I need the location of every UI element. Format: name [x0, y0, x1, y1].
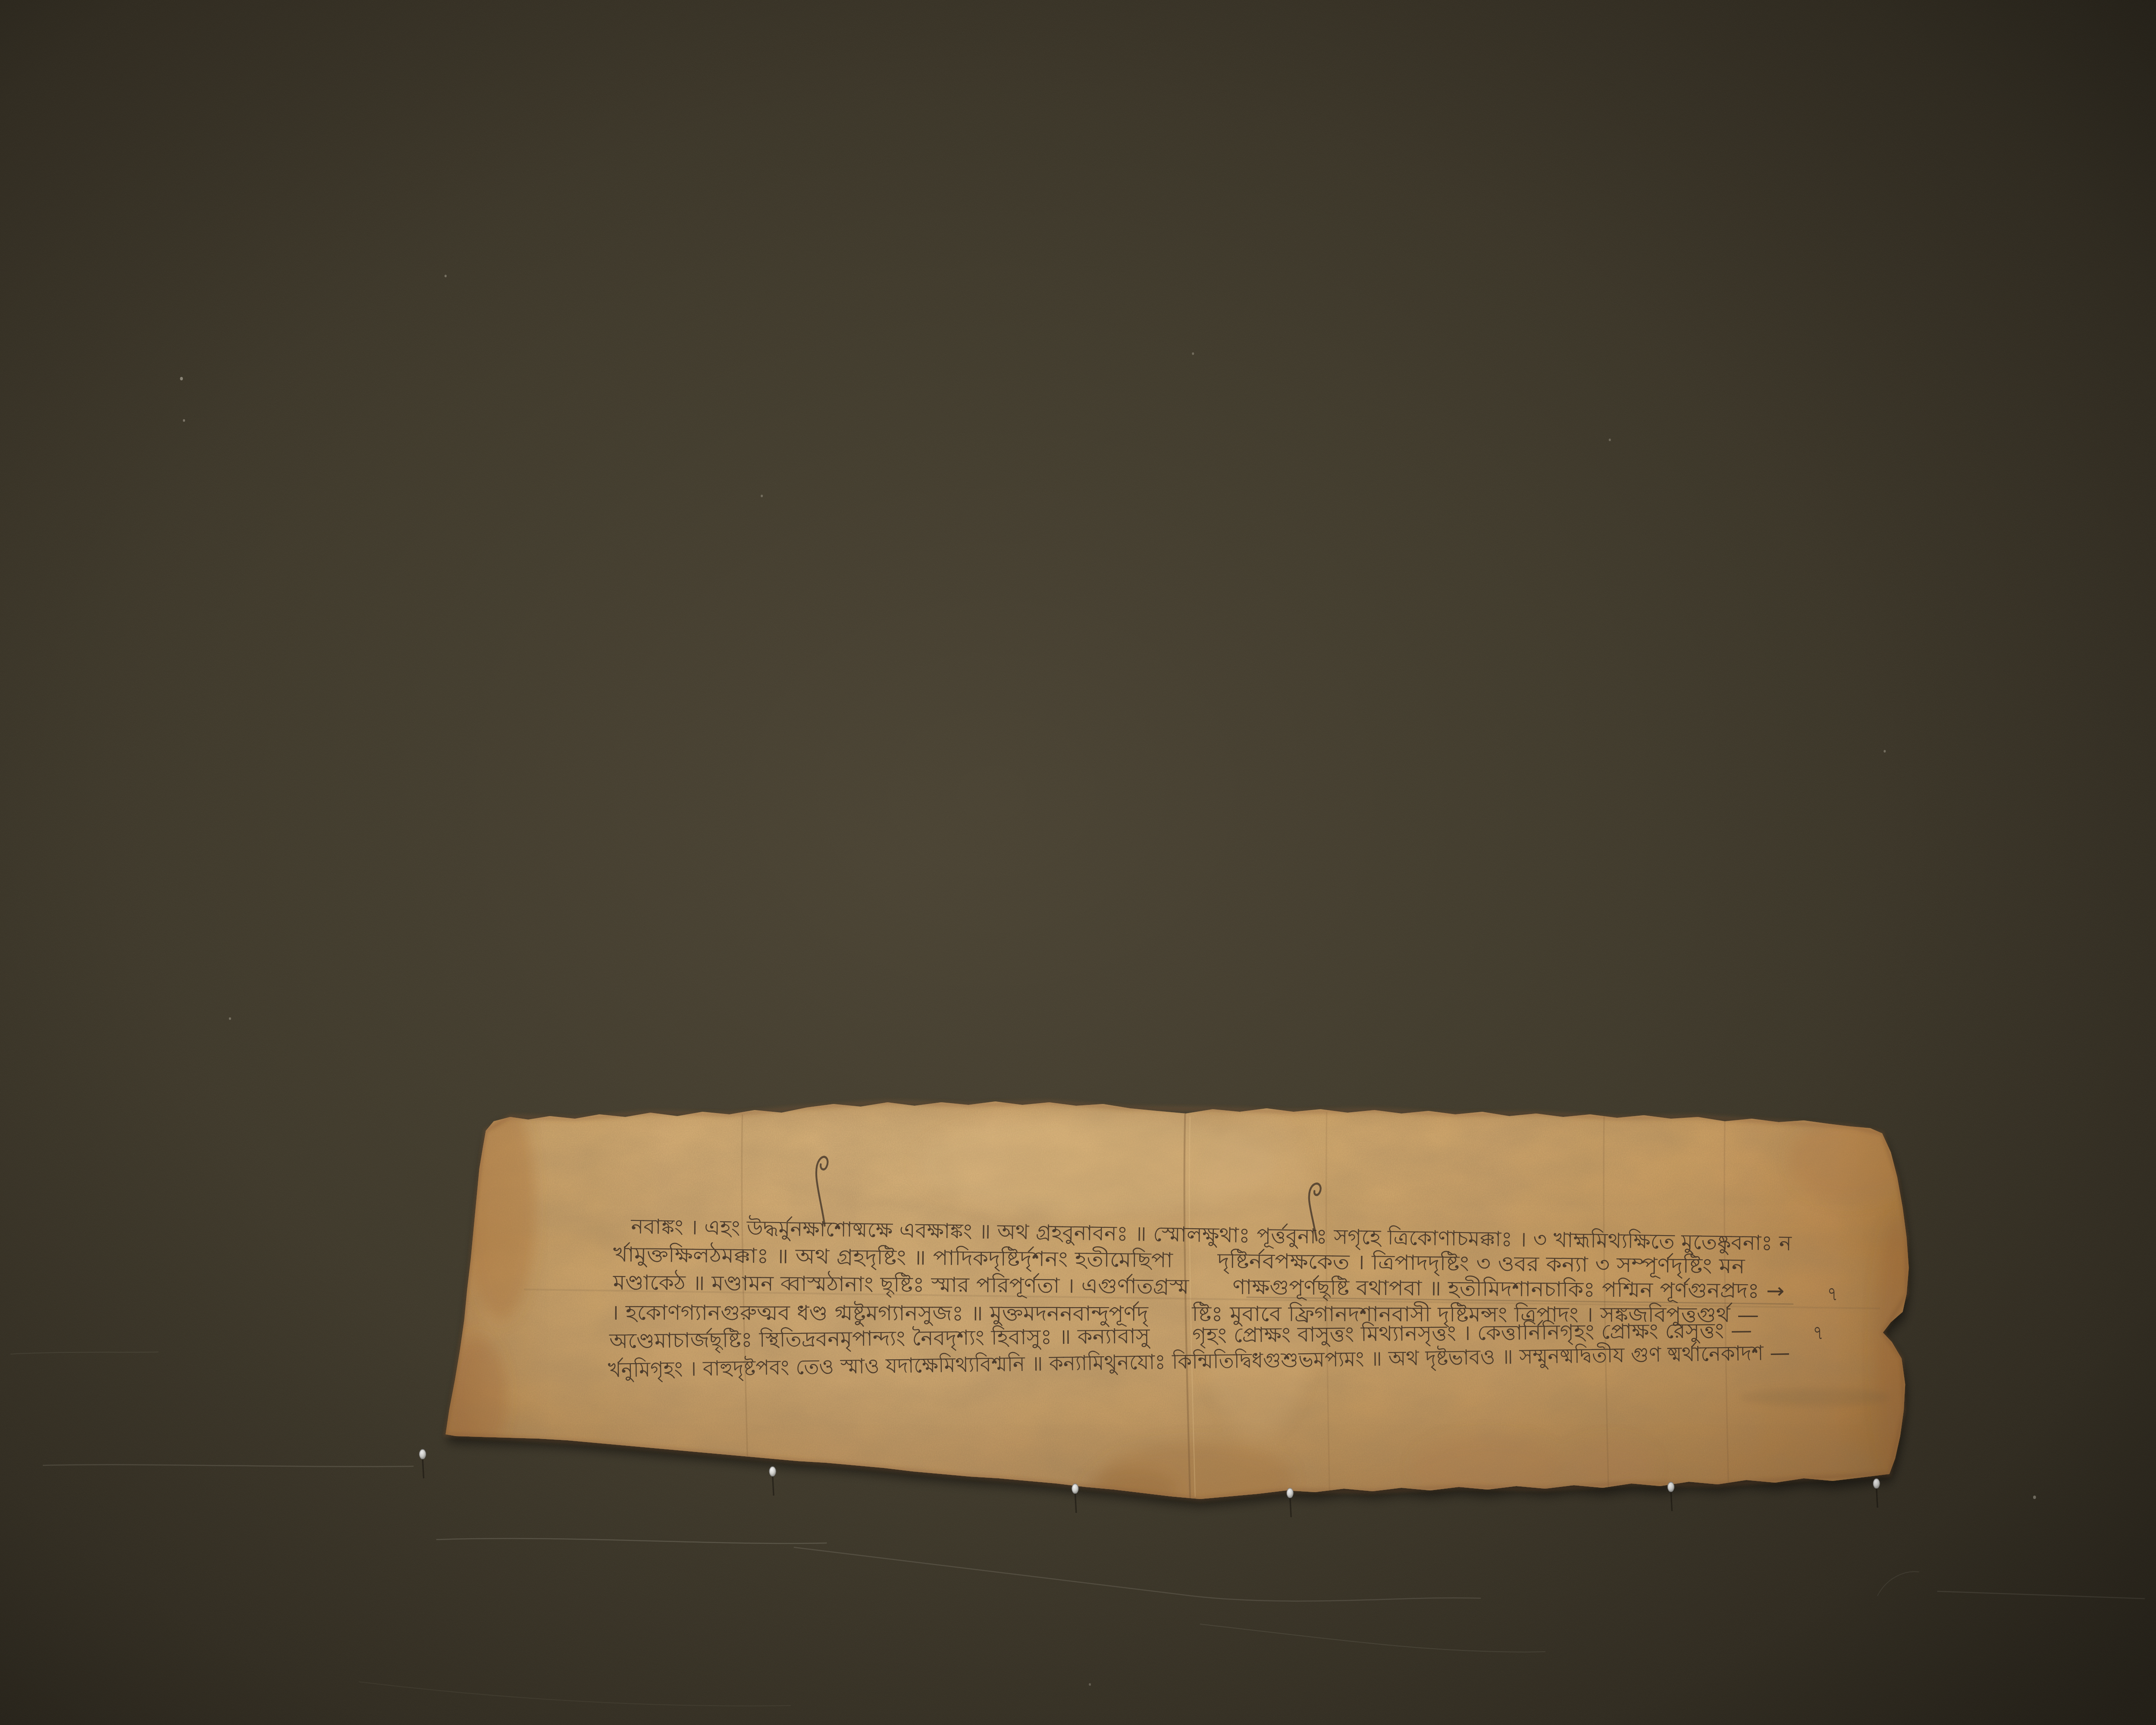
backdrop-texture [0, 0, 2156, 1725]
manuscript-photograph: নবাঙ্কং । এহং উদ্ধর্মুনক্ষাশোষ্মক্ষে এবক… [0, 0, 2156, 1725]
vignette [0, 0, 2156, 1725]
